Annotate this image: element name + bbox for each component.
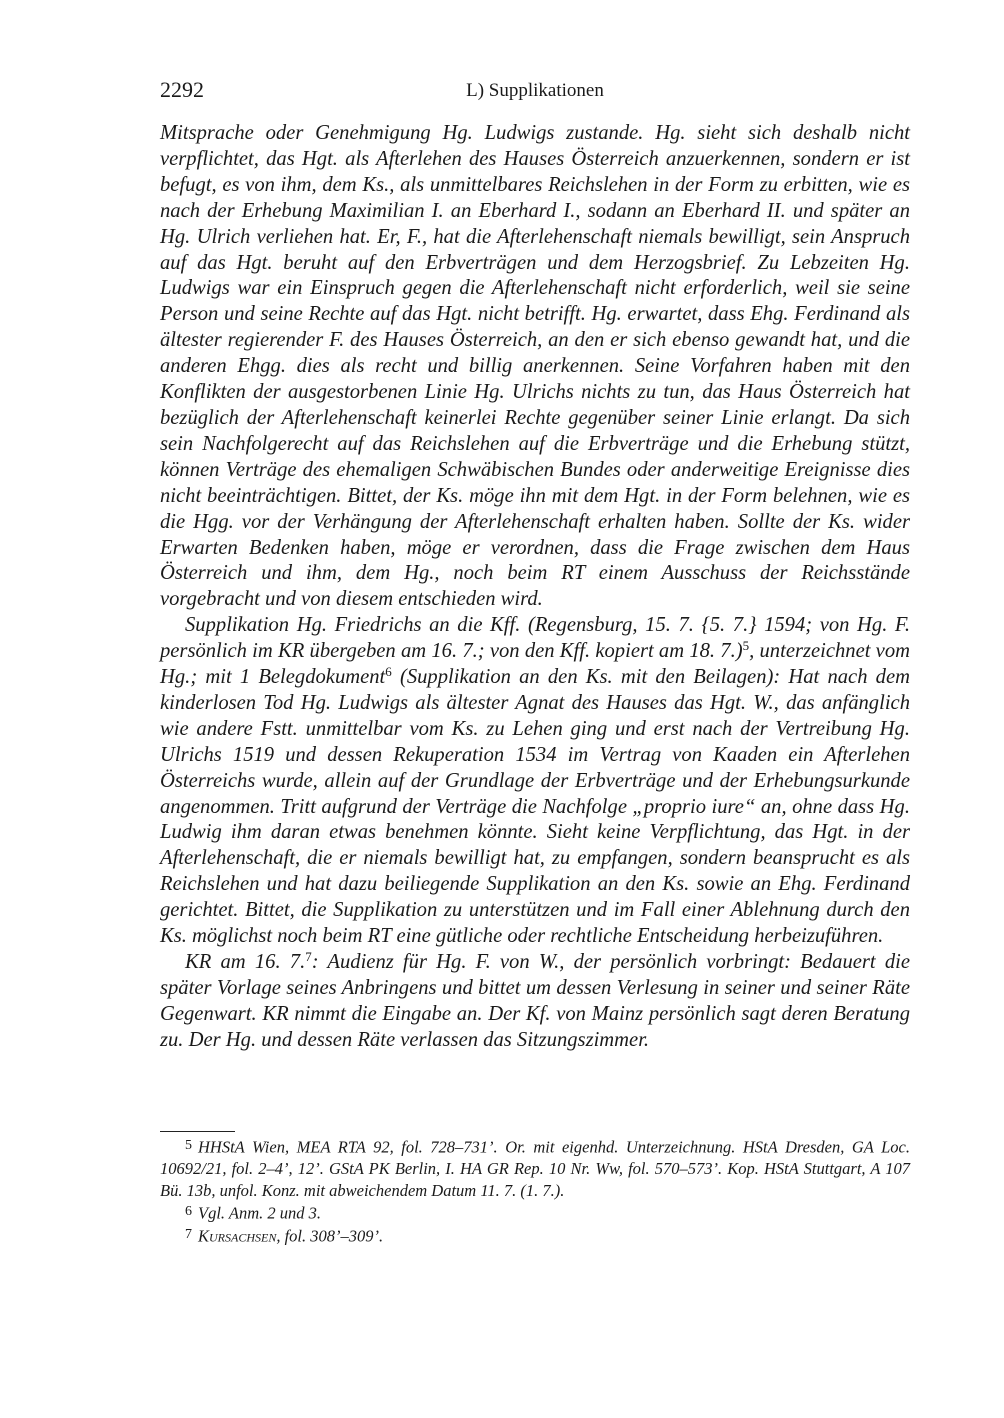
footnote-number: 7: [185, 1227, 192, 1242]
body-text: Mitsprache oder Genehmigung Hg. Ludwigs …: [160, 121, 910, 1054]
paragraph-2: Supplikation Hg. Friedrichs an die Kff. …: [160, 613, 910, 950]
footnote-source-smallcaps: Kursachsen: [198, 1227, 276, 1246]
footnote-5: 5HHStA Wien, MEA RTA 92, fol. 728–731’. …: [160, 1135, 910, 1201]
footnote-7: 7Kursachsen, fol. 308’–309’.: [160, 1224, 910, 1247]
page-header: 2292 L) Supplikationen: [160, 0, 910, 118]
paragraph-1: Mitsprache oder Genehmigung Hg. Ludwigs …: [160, 121, 910, 613]
paragraph-2-part3: (Supplikation an den Ks. mit den Beilage…: [160, 666, 910, 947]
footnote-number: 5: [185, 1138, 192, 1153]
footnote-text: Vgl. Anm. 2 und 3.: [198, 1204, 321, 1223]
footnote-number: 6: [185, 1204, 192, 1219]
paragraph-3-part1: KR am 16. 7.: [185, 951, 305, 973]
footnote-text: HHStA Wien, MEA RTA 92, fol. 728–731’. O…: [160, 1138, 910, 1200]
running-title: L) Supplikationen: [160, 80, 910, 102]
document-page: 2292 L) Supplikationen Mitsprache oder G…: [160, 0, 910, 118]
footnote-6: 6Vgl. Anm. 2 und 3.: [160, 1201, 910, 1224]
footnote-text: , fol. 308’–309’.: [276, 1227, 383, 1246]
paragraph-3: KR am 16. 7.7: Audienz für Hg. F. von W.…: [160, 950, 910, 1054]
footnote-divider: [160, 1131, 235, 1132]
footnotes: 5HHStA Wien, MEA RTA 92, fol. 728–731’. …: [160, 1135, 910, 1247]
